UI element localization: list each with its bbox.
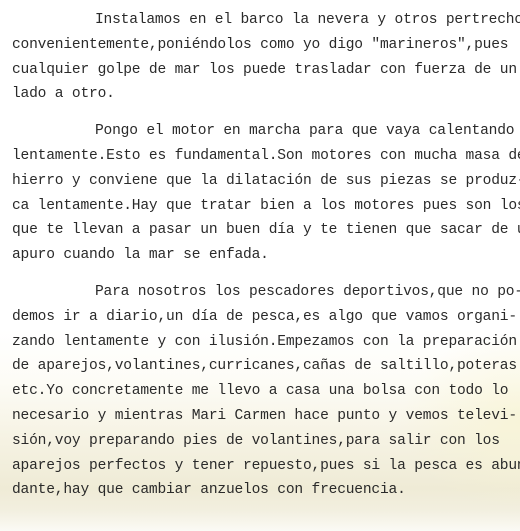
text-line: ca lentamente.Hay que tratar bien a los …: [12, 194, 518, 219]
text-line: lado a otro.: [12, 82, 518, 107]
text-line: que te llevan a pasar un buen día y te t…: [12, 218, 518, 243]
text-line: etc.Yo concretamente me llevo a casa una…: [12, 379, 518, 404]
paragraph-gap: [12, 268, 518, 280]
paragraph-gap: [12, 107, 518, 119]
text-line: Pongo el motor en marcha para que vaya c…: [12, 119, 518, 144]
text-line: Para nosotros los pescadores deportivos,…: [12, 280, 518, 305]
paragraph-3: Para nosotros los pescadores deportivos,…: [12, 280, 518, 503]
text-line: de aparejos,volantines,curricanes,cañas …: [12, 354, 518, 379]
text-line: Instalamos en el barco la nevera y otros…: [12, 8, 518, 33]
text-line: aparejos perfectos y tener repuesto,pues…: [12, 454, 518, 479]
text-line: zando lentamente y con ilusión.Empezamos…: [12, 330, 518, 355]
text-line: cualquier golpe de mar los puede traslad…: [12, 58, 518, 83]
document-body: Instalamos en el barco la nevera y otros…: [12, 8, 518, 503]
typewritten-page: Instalamos en el barco la nevera y otros…: [0, 0, 520, 531]
text-line: necesario y mientras Mari Carmen hace pu…: [12, 404, 518, 429]
paragraph-2: Pongo el motor en marcha para que vaya c…: [12, 119, 518, 268]
text-line: sión,voy preparando pies de volantines,p…: [12, 429, 518, 454]
text-line: convenientemente,poniéndolos como yo dig…: [12, 33, 518, 58]
text-line: apuro cuando la mar se enfada.: [12, 243, 518, 268]
text-line: demos ir a diario,un día de pesca,es alg…: [12, 305, 518, 330]
text-line: hierro y conviene que la dilatación de s…: [12, 169, 518, 194]
paragraph-1: Instalamos en el barco la nevera y otros…: [12, 8, 518, 107]
text-line: dante,hay que cambiar anzuelos con frecu…: [12, 478, 518, 503]
text-line: lentamente.Esto es fundamental.Son motor…: [12, 144, 518, 169]
